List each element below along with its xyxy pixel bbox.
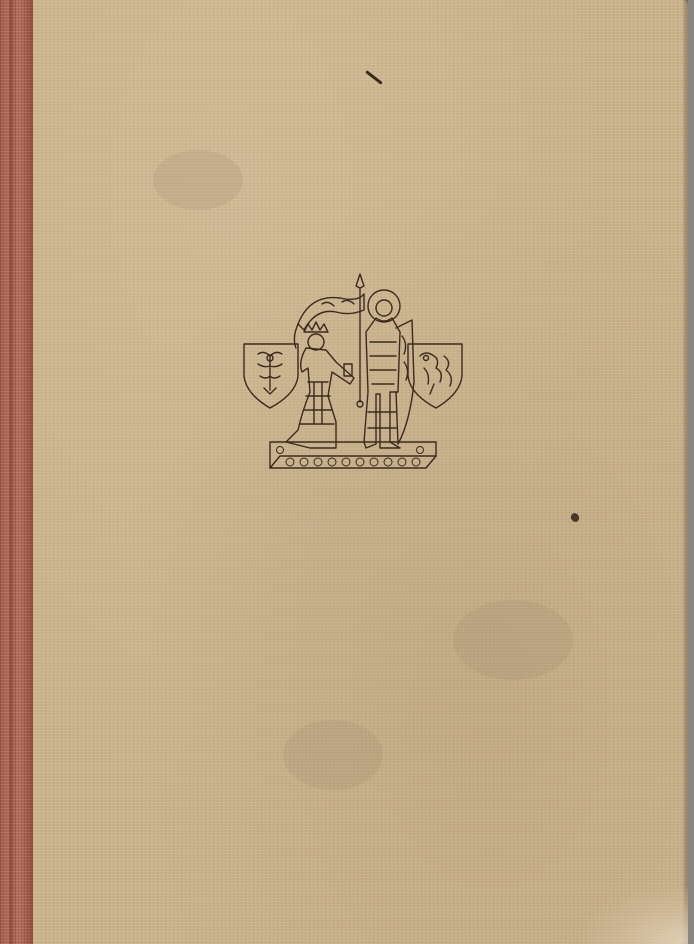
heraldic-emblem-icon — [240, 272, 466, 474]
lance-icon — [356, 274, 364, 407]
book — [0, 0, 688, 944]
eagle-shield-icon — [244, 344, 298, 408]
stain — [283, 720, 383, 790]
lion-shield-icon — [408, 344, 462, 408]
plinth-icon — [270, 442, 436, 468]
stain — [453, 600, 573, 680]
kneeling-king-icon — [286, 322, 354, 448]
banner-icon — [294, 294, 364, 348]
book-spine — [0, 0, 33, 944]
spine-fold — [10, 0, 14, 944]
stain — [153, 150, 243, 210]
knight-saint-icon — [364, 290, 414, 448]
worn-corner — [578, 884, 688, 944]
cover-edge — [683, 0, 688, 944]
